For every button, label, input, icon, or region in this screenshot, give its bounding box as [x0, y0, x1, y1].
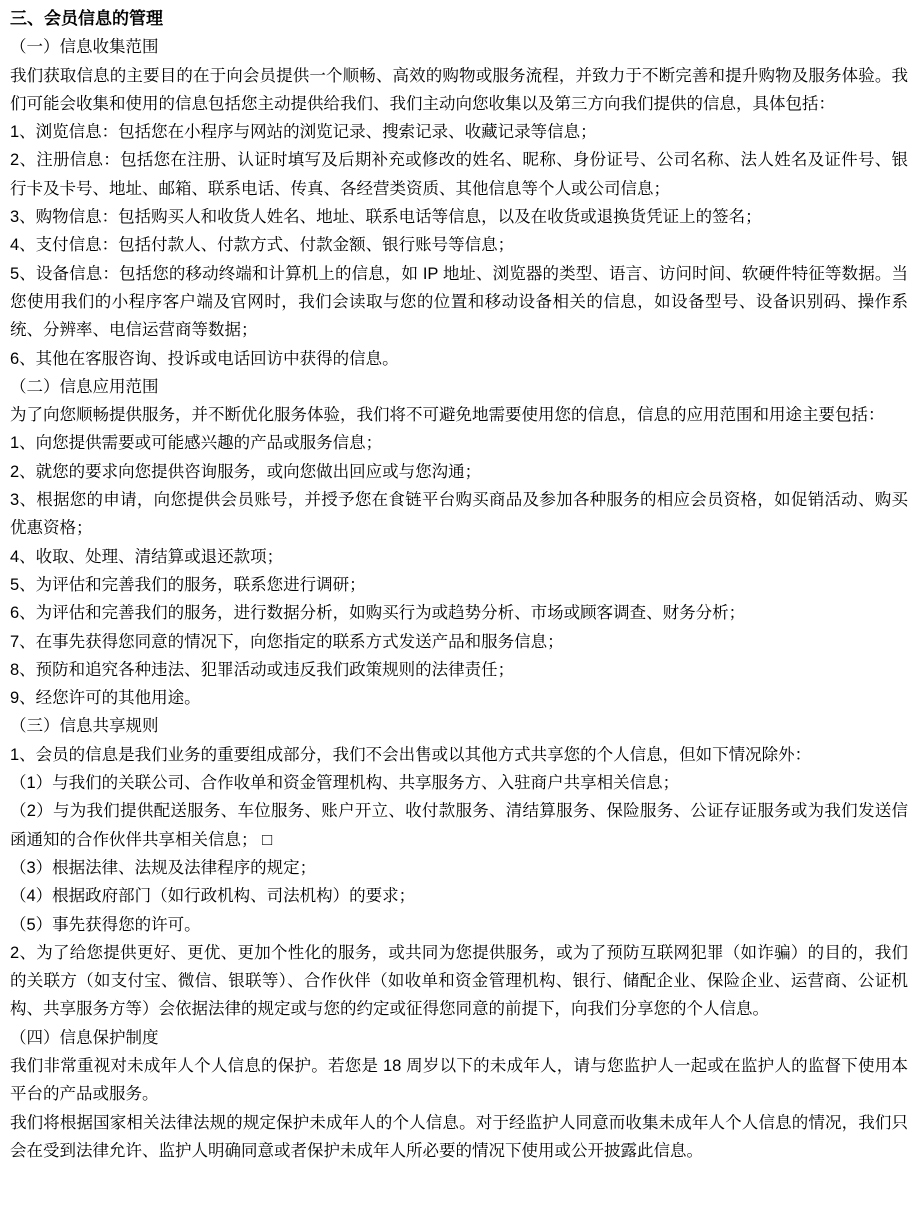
list-item-application-2: 2、就您的要求向您提供咨询服务，或向您做出回应或与您沟通；	[10, 458, 908, 486]
section-heading-sharing-rules: （三）信息共享规则	[10, 712, 908, 740]
list-item-sharing-exception-1: （1）与我们的关联公司、合作收单和资金管理机构、共享服务方、入驻商户共享相关信息…	[10, 769, 908, 797]
list-item-application-9: 9、经您许可的其他用途。	[10, 684, 908, 712]
list-item-application-6: 6、为评估和完善我们的服务，进行数据分析，如购买行为或趋势分析、市场或顾客调查、…	[10, 599, 908, 627]
list-item-application-7: 7、在事先获得您同意的情况下，向您指定的联系方式发送产品和服务信息；	[10, 628, 908, 656]
list-item-device-info: 5、设备信息：包括您的移动终端和计算机上的信息，如 IP 地址、浏览器的类型、语…	[10, 260, 908, 345]
paragraph-sharing-rule-2: 2、为了给您提供更好、更优、更加个性化的服务，或共同为您提供服务，或为了预防互联…	[10, 939, 908, 1024]
paragraph-minor-protection-2: 我们将根据国家相关法律法规的规定保护未成年人的个人信息。对于经监护人同意而收集未…	[10, 1109, 908, 1166]
list-item-sharing-exception-3: （3）根据法律、法规及法律程序的规定；	[10, 854, 908, 882]
paragraph-minor-protection-1: 我们非常重视对未成年人个人信息的保护。若您是 18 周岁以下的未成年人，请与您监…	[10, 1052, 908, 1109]
paragraph-collection-intro: 我们获取信息的主要目的在于向会员提供一个顺畅、高效的购物或服务流程，并致力于不断…	[10, 62, 908, 119]
list-item-application-5: 5、为评估和完善我们的服务，联系您进行调研；	[10, 571, 908, 599]
list-item-application-1: 1、向您提供需要或可能感兴趣的产品或服务信息；	[10, 429, 908, 457]
document-title: 三、会员信息的管理	[10, 5, 908, 33]
list-item-payment-info: 4、支付信息：包括付款人、付款方式、付款金额、银行账号等信息；	[10, 231, 908, 259]
paragraph-sharing-rule-1: 1、会员的信息是我们业务的重要组成部分，我们不会出售或以其他方式共享您的个人信息…	[10, 741, 908, 769]
list-item-application-4: 4、收取、处理、清结算或退还款项；	[10, 543, 908, 571]
document-page: 三、会员信息的管理 （一）信息收集范围 我们获取信息的主要目的在于向会员提供一个…	[0, 0, 920, 1222]
list-item-application-8: 8、预防和追究各种违法、犯罪活动或违反我们政策规则的法律责任；	[10, 656, 908, 684]
list-item-shopping-info: 3、购物信息：包括购买人和收货人姓名、地址、联系电话等信息，以及在收货或退换货凭…	[10, 203, 908, 231]
list-item-application-3: 3、根据您的申请，向您提供会员账号，并授予您在食链平台购买商品及参加各种服务的相…	[10, 486, 908, 543]
section-heading-application-scope: （二）信息应用范围	[10, 373, 908, 401]
list-item-registration-info: 2、注册信息：包括您在注册、认证时填写及后期补充或修改的姓名、昵称、身份证号、公…	[10, 146, 908, 203]
list-item-sharing-exception-2: （2）与为我们提供配送服务、车位服务、账户开立、收付款服务、清结算服务、保险服务…	[10, 797, 908, 854]
list-item-sharing-exception-5: （5）事先获得您的许可。	[10, 911, 908, 939]
paragraph-application-intro: 为了向您顺畅提供服务，并不断优化服务体验，我们将不可避免地需要使用您的信息，信息…	[10, 401, 908, 429]
section-heading-collection-scope: （一）信息收集范围	[10, 33, 908, 61]
list-item-sharing-exception-4: （4）根据政府部门（如行政机构、司法机构）的要求；	[10, 882, 908, 910]
section-heading-protection-system: （四）信息保护制度	[10, 1024, 908, 1052]
list-item-other-info: 6、其他在客服咨询、投诉或电话回访中获得的信息。	[10, 345, 908, 373]
list-item-browsing-info: 1、浏览信息：包括您在小程序与网站的浏览记录、搜索记录、收藏记录等信息；	[10, 118, 908, 146]
